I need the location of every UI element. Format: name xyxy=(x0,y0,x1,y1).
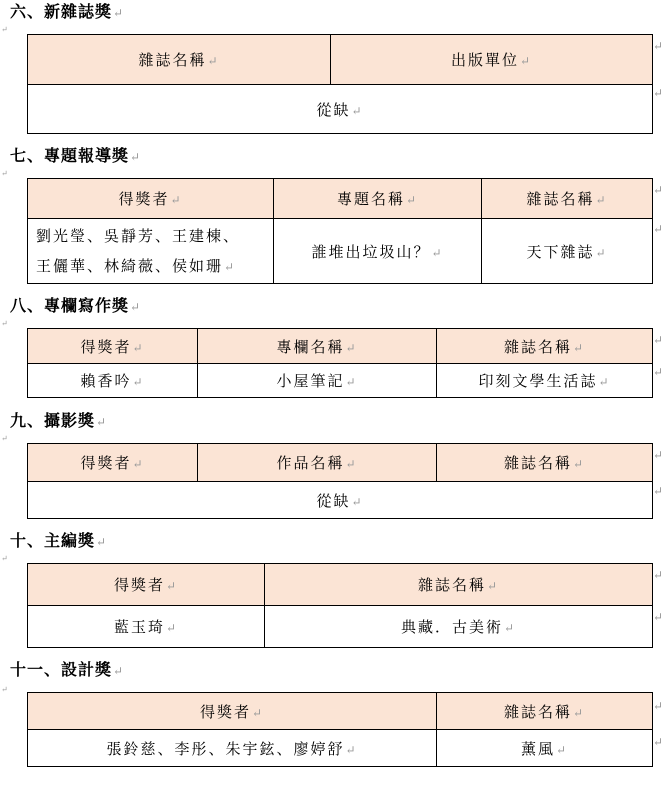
paragraph-mark-icon: ↵ xyxy=(1,686,8,694)
table-cell: 天下雜誌↵ xyxy=(482,219,653,284)
table-cell: 典藏．古美術↵ xyxy=(265,606,653,648)
table-cell: 從缺↵ xyxy=(28,85,653,134)
table-row: 張鈴慈、李彤、朱宇鉉、廖婷舒↵ 薰風↵ xyxy=(28,730,653,767)
award-table: 得獎者↵ 雜誌名稱↵ 張鈴慈、李彤、朱宇鉉、廖婷舒↵ 薰風↵ xyxy=(27,692,653,767)
header-cell: 雜誌名稱↵ xyxy=(437,329,653,364)
table-header-row: 得獎者↵ 作品名稱↵ 雜誌名稱↵ xyxy=(28,444,653,482)
header-cell: 雜誌名稱↵ xyxy=(265,564,653,606)
header-cell: 得獎者↵ xyxy=(28,693,437,730)
row-end-mark-icon: ↵ xyxy=(653,334,663,346)
section-heading: 十、主編獎↵ xyxy=(10,531,107,552)
header-cell: 雜誌名稱↵ xyxy=(482,179,653,219)
row-end-mark-icon: ↵ xyxy=(653,366,663,378)
header-cell: 得獎者↵ xyxy=(28,329,198,364)
row-end-mark-icon: ↵ xyxy=(653,184,663,196)
paragraph-mark-icon: ↵ xyxy=(1,26,8,34)
row-end-mark-icon: ↵ xyxy=(653,449,663,461)
table-row: 藍玉琦↵ 典藏．古美術↵ xyxy=(28,606,653,648)
table-header-row: 得獎者↵ 專欄名稱↵ 雜誌名稱↵ xyxy=(28,329,653,364)
table-cell: 誰堆出垃圾山？↵ xyxy=(274,219,482,284)
header-cell: 出版單位↵ xyxy=(331,35,653,85)
header-cell: 專題名稱↵ xyxy=(274,179,482,219)
row-end-mark-icon: ↵ xyxy=(653,87,663,99)
award-table: 雜誌名稱↵ 出版單位↵ 從缺↵ xyxy=(27,34,653,134)
award-table: 得獎者↵ 作品名稱↵ 雜誌名稱↵ 從缺↵ xyxy=(27,443,653,519)
header-cell: 得獎者↵ xyxy=(28,564,265,606)
section-heading: 七、專題報導獎↵ xyxy=(10,146,141,167)
table-cell: 從缺↵ xyxy=(28,482,653,519)
header-cell: 得獎者↵ xyxy=(28,179,274,219)
header-cell: 雜誌名稱↵ xyxy=(437,444,653,482)
section-heading: 九、攝影獎↵ xyxy=(10,411,107,432)
award-table: 得獎者↵ 專欄名稱↵ 雜誌名稱↵ 賴香吟↵ 小屋筆記↵ 印刻文學生活誌↵ xyxy=(27,328,653,398)
table-row: 賴香吟↵ 小屋筆記↵ 印刻文學生活誌↵ xyxy=(28,364,653,398)
row-end-mark-icon: ↵ xyxy=(653,40,663,52)
paragraph-mark-icon: ↵ xyxy=(1,170,8,178)
paragraph-mark-icon: ↵ xyxy=(1,320,8,328)
table-row: 劉光瑩、吳靜芳、王建棟、王儷華、林綺薇、侯如珊↵ 誰堆出垃圾山？↵ 天下雜誌↵ xyxy=(28,219,653,284)
table-cell: 張鈴慈、李彤、朱宇鉉、廖婷舒↵ xyxy=(28,730,437,767)
section-heading: 十一、設計獎↵ xyxy=(10,660,124,681)
header-cell: 得獎者↵ xyxy=(28,444,198,482)
header-cell: 專欄名稱↵ xyxy=(198,329,437,364)
row-end-mark-icon: ↵ xyxy=(653,223,663,235)
table-cell: 小屋筆記↵ xyxy=(198,364,437,398)
table-header-row: 得獎者↵ 專題名稱↵ 雜誌名稱↵ xyxy=(28,179,653,219)
section-heading: 八、專欄寫作獎↵ xyxy=(10,296,141,317)
row-end-mark-icon: ↵ xyxy=(653,700,663,712)
award-table: 得獎者↵ 雜誌名稱↵ 藍玉琦↵ 典藏．古美術↵ xyxy=(27,563,653,648)
table-cell: 印刻文學生活誌↵ xyxy=(437,364,653,398)
table-row: 從缺↵ xyxy=(28,482,653,519)
header-cell: 雜誌名稱↵ xyxy=(28,35,331,85)
table-cell: 劉光瑩、吳靜芳、王建棟、王儷華、林綺薇、侯如珊↵ xyxy=(28,219,274,284)
table-cell: 薰風↵ xyxy=(437,730,653,767)
table-row: 從缺↵ xyxy=(28,85,653,134)
section-heading: 六、新雜誌獎↵ xyxy=(10,2,124,23)
table-header-row: 雜誌名稱↵ 出版單位↵ xyxy=(28,35,653,85)
table-header-row: 得獎者↵ 雜誌名稱↵ xyxy=(28,564,653,606)
row-end-mark-icon: ↵ xyxy=(653,736,663,748)
table-header-row: 得獎者↵ 雜誌名稱↵ xyxy=(28,693,653,730)
paragraph-mark-icon: ↵ xyxy=(1,435,8,443)
row-end-mark-icon: ↵ xyxy=(653,611,663,623)
header-cell: 作品名稱↵ xyxy=(198,444,437,482)
row-end-mark-icon: ↵ xyxy=(653,569,663,581)
paragraph-mark-icon: ↵ xyxy=(1,555,8,563)
award-table: 得獎者↵ 專題名稱↵ 雜誌名稱↵ 劉光瑩、吳靜芳、王建棟、王儷華、林綺薇、侯如珊… xyxy=(27,178,653,284)
table-cell: 藍玉琦↵ xyxy=(28,606,265,648)
header-cell: 雜誌名稱↵ xyxy=(437,693,653,730)
table-cell: 賴香吟↵ xyxy=(28,364,198,398)
row-end-mark-icon: ↵ xyxy=(653,485,663,497)
